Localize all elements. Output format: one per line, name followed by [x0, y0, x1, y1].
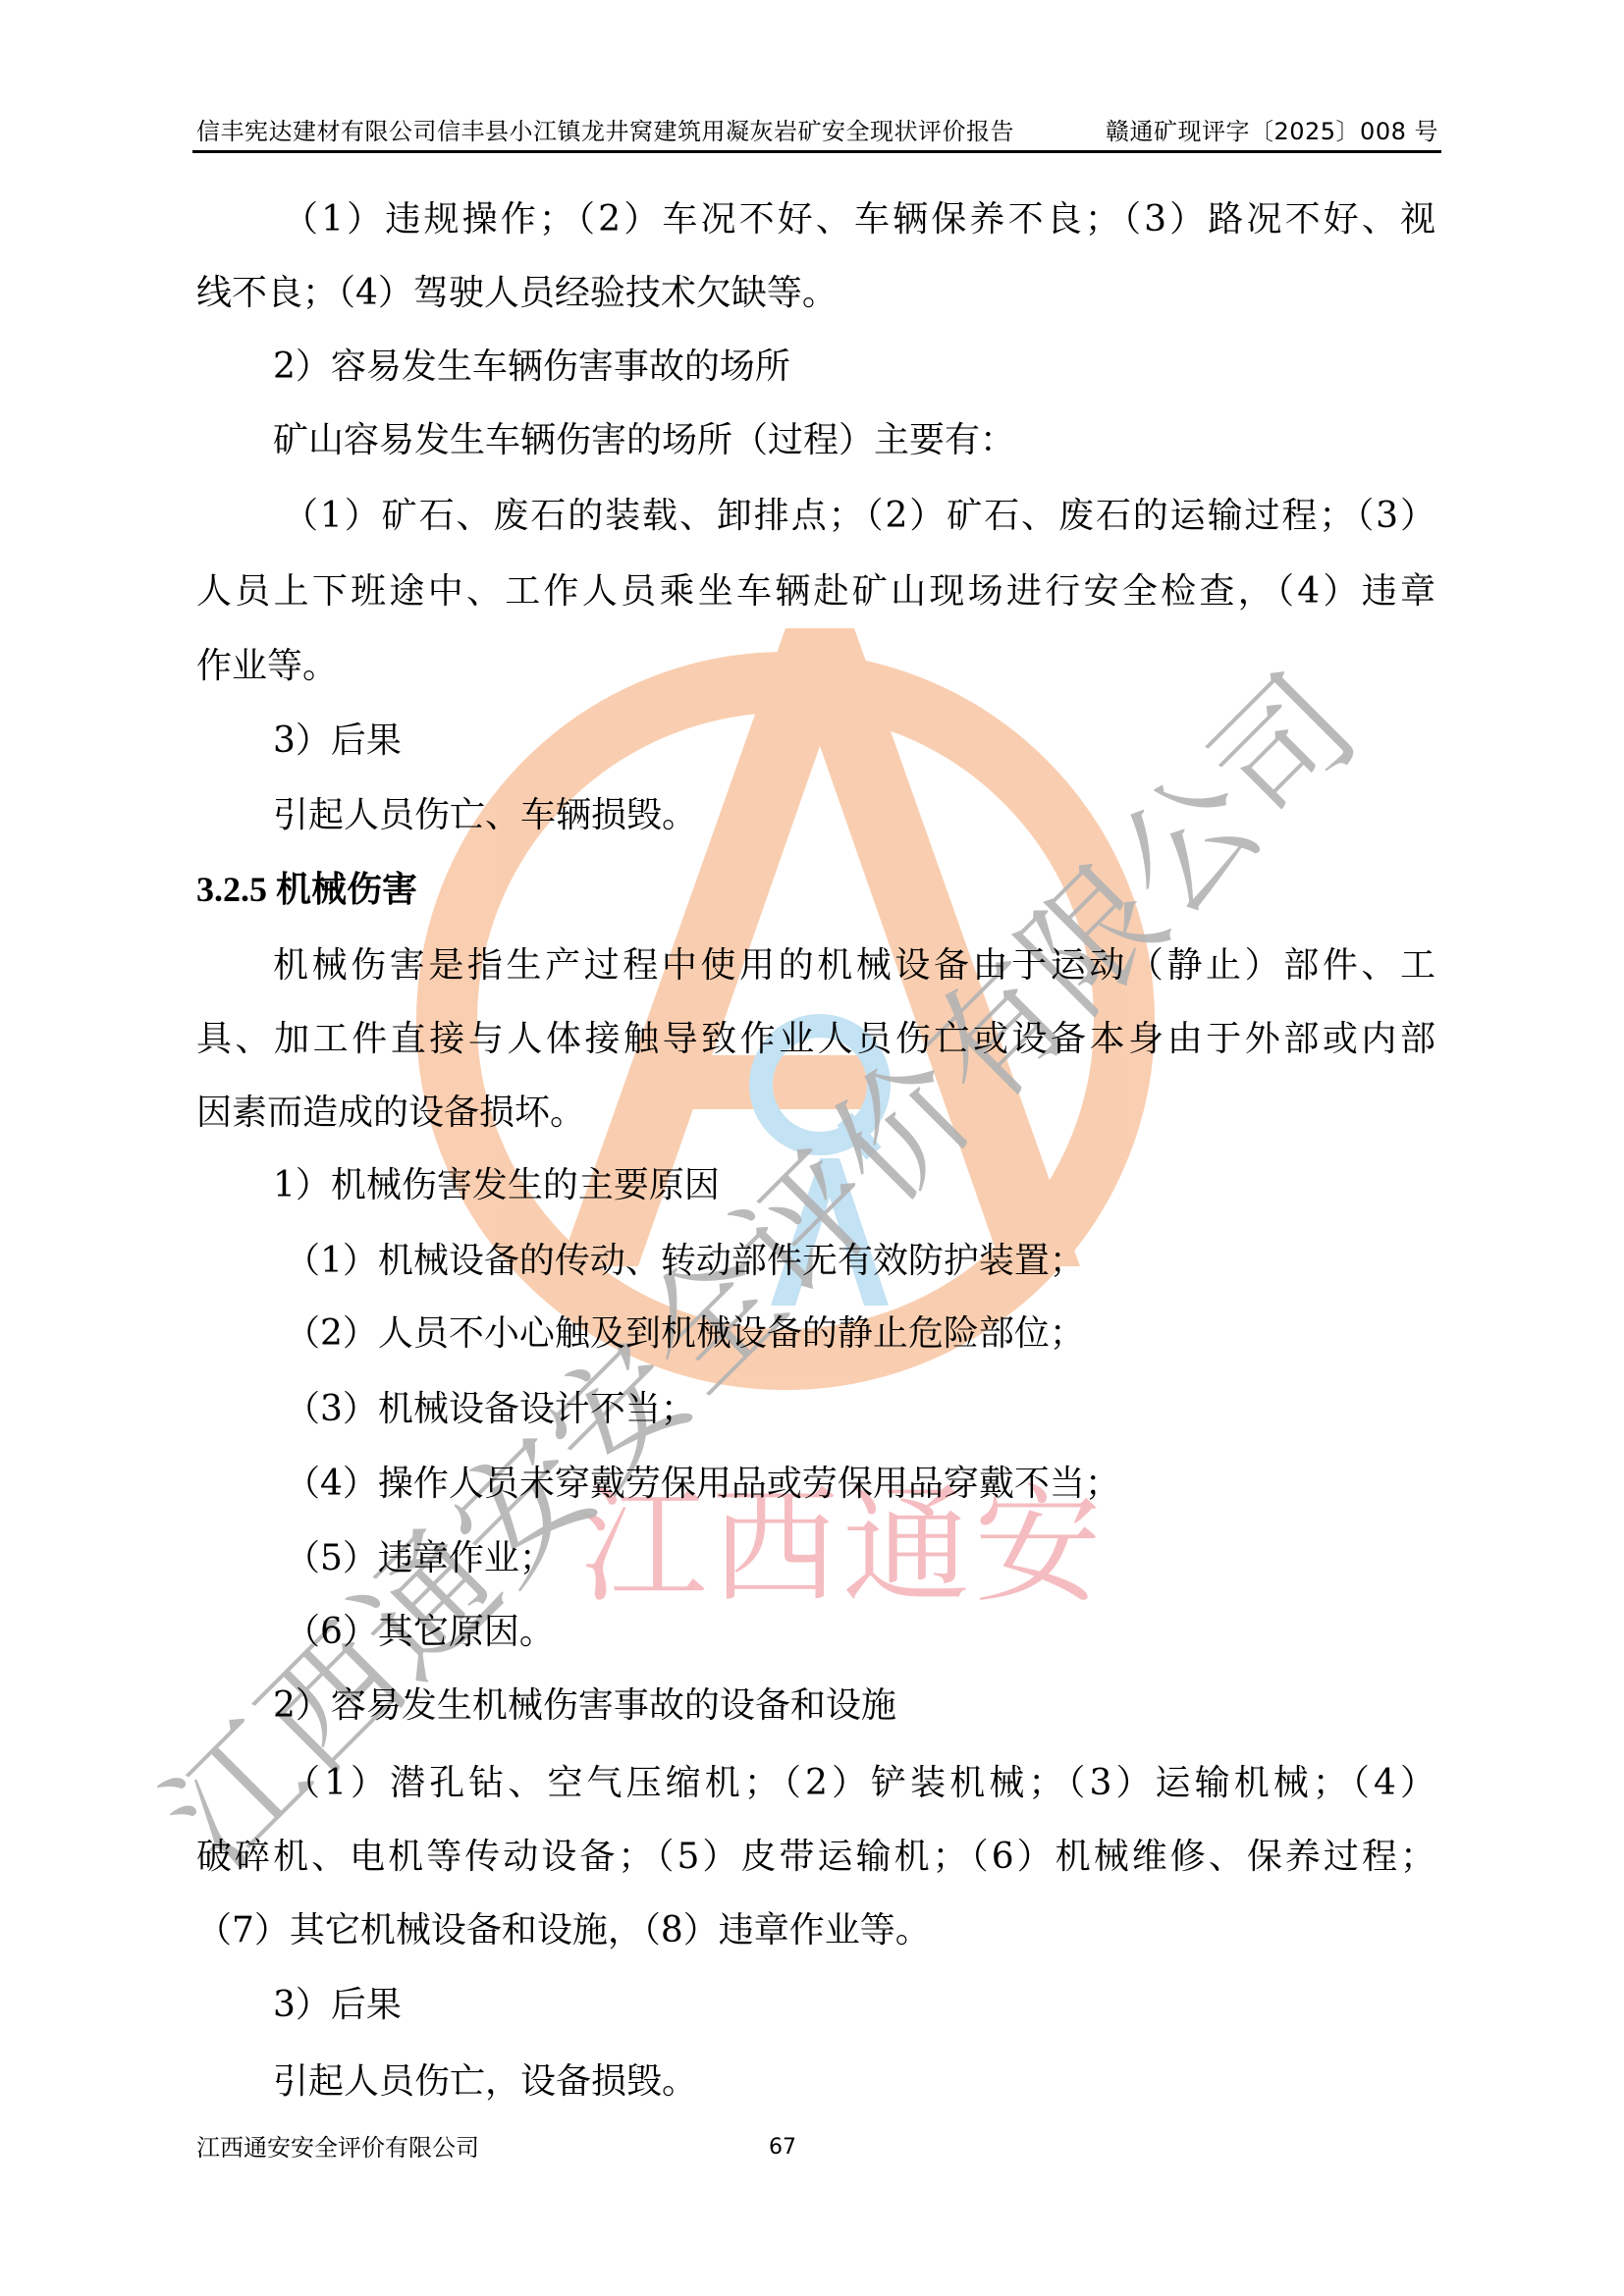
list-item: （2）人员不小心触及到机械设备的静止危险部位；	[285, 1312, 1085, 1356]
paragraph-line: 人员上下班途中、工作人员乘坐车辆赴矿山现场进行安全检查，（4）违章	[196, 570, 1435, 614]
list-heading: 1）机械伤害发生的主要原因	[273, 1164, 720, 1207]
list-heading: 3）后果	[273, 1984, 402, 2027]
page-header: 信丰宪达建材有限公司信丰县小江镇龙井窝建筑用凝灰岩矿安全现状评价报告 赣通矿现评…	[196, 114, 1438, 149]
paragraph-line: 引起人员伤亡、车辆损毁。	[273, 794, 697, 837]
footer-company: 江西通安安全评价有限公司	[196, 2132, 479, 2163]
paragraph-line: （1）潜孔钻、空气压缩机；（2）铲装机械；（3）运输机械；（4）	[285, 1762, 1435, 1805]
document-number: 赣通矿现评字〔2025〕008 号	[1106, 114, 1438, 149]
list-item: （5）违章作业；	[285, 1537, 555, 1580]
paragraph-line: （7）其它机械设备和设施，（8）违章作业等。	[196, 1909, 931, 1952]
list-heading: 3）后果	[273, 720, 402, 763]
paragraph-line: 作业等。	[196, 645, 338, 688]
paragraph-line: 矿山容易发生车辆伤害的场所（过程）主要有：	[273, 419, 1015, 462]
section-heading: 3.2.5 机械伤害	[196, 868, 417, 911]
paragraph-line: （1）违规操作；（2）车况不好、车辆保养不良；（3）路况不好、视	[283, 198, 1435, 241]
paragraph-line: 破碎机、电机等传动设备；（5）皮带运输机；（6）机械维修、保养过程；	[196, 1836, 1435, 1879]
list-heading: 2）容易发生车辆伤害事故的场所	[273, 346, 790, 389]
document-page: 江西通安 江西通安安全评价有限公司 信丰宪达建材有限公司信丰县小江镇龙井窝建筑用…	[0, 0, 1624, 2296]
paragraph-line: 线不良；（4）驾驶人员经验技术欠缺等。	[196, 272, 838, 315]
report-title: 信丰宪达建材有限公司信丰县小江镇龙井窝建筑用凝灰岩矿安全现状评价报告	[196, 114, 1014, 149]
paragraph-line: 因素而造成的设备损坏。	[196, 1092, 585, 1135]
list-item: （6）其它原因。	[285, 1611, 555, 1654]
list-item: （1）机械设备的传动、转动部件无有效防护装置；	[285, 1240, 1085, 1283]
paragraph-line: 引起人员伤亡，设备损毁。	[273, 2060, 697, 2104]
paragraph-line: 具、加工件直接与人体接触导致作业人员伤亡或设备本身由于外部或内部	[196, 1018, 1435, 1061]
list-item: （3）机械设备设计不当；	[285, 1388, 696, 1431]
list-item: （4）操作人员未穿戴劳保用品或劳保用品穿戴不当；	[285, 1463, 1120, 1506]
page-number: 67	[769, 2132, 796, 2163]
paragraph-line: （1）矿石、废石的装载、卸排点；（2）矿石、废石的运输过程；（3）	[283, 495, 1435, 538]
paragraph-line: 机械伤害是指生产过程中使用的机械设备由于运动（静止）部件、工	[273, 944, 1435, 988]
header-divider	[192, 150, 1441, 153]
list-heading: 2）容易发生机械伤害事故的设备和设施	[273, 1684, 896, 1728]
